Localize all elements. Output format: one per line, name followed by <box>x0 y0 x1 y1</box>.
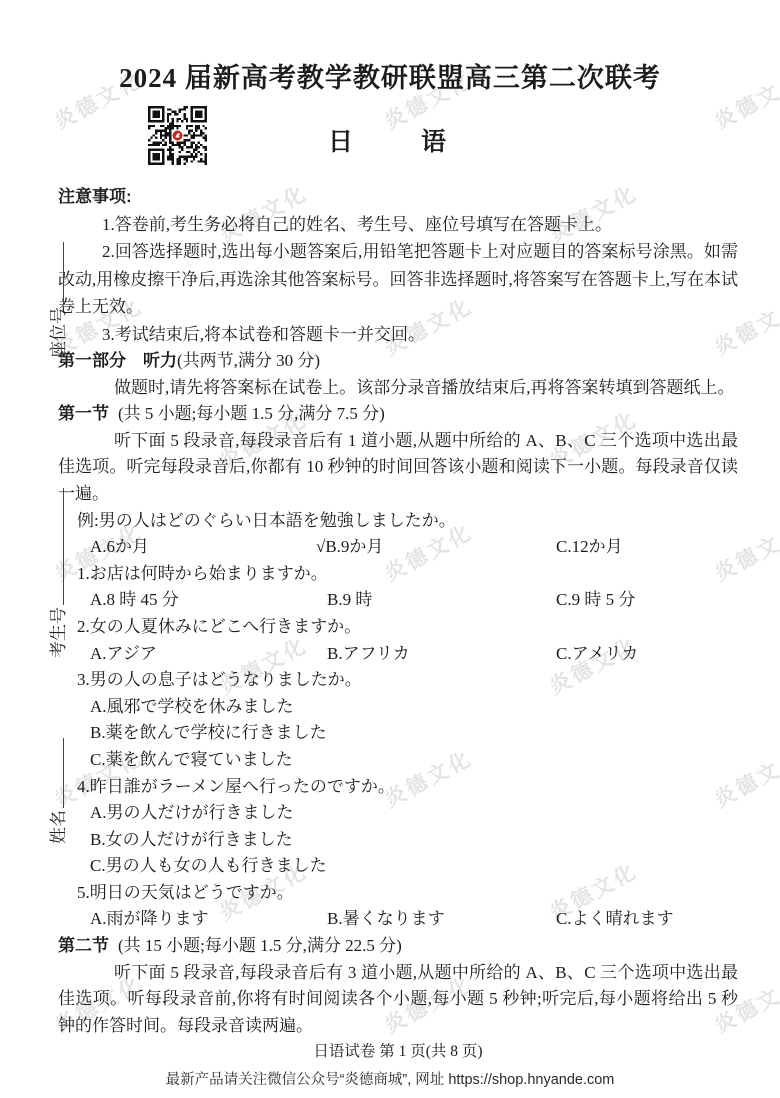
section2-heading: 第二节(共 15 小题;每小题 1.5 分,满分 22.5 分) <box>58 933 738 960</box>
section1-meta: (共 5 小题;每小题 1.5 分,满分 7.5 分) <box>118 404 385 423</box>
question-2-option-b: B.アフリカ <box>327 641 556 668</box>
notice-item-2: 2.回答选择题时,选出每小题答案后,用铅笔把答题卡上对应题目的答案标号涂黑。如需… <box>58 238 738 321</box>
question-5-option-a: A.雨が降ります <box>90 906 327 933</box>
subject-title: 日 语 <box>0 122 780 158</box>
question-1-option-c: C.9 時 5 分 <box>556 587 738 614</box>
candidate-number-blank-line <box>49 488 64 605</box>
question-3-option-a: A.風邪で学校を休みました <box>58 694 738 721</box>
question-3-option-c: C.薬を飲んで寝ていました <box>58 747 738 774</box>
section2-label: 第二节 <box>58 936 109 955</box>
notice-heading: 注意事项: <box>58 183 738 211</box>
question-3-option-b: B.薬を飲んで学校に行きました <box>58 720 738 747</box>
section2-instructions: 听下面 5 段录音,每段录音后有 3 道小题,从题中所给的 A、B、C 三个选项… <box>58 960 738 1040</box>
question-4-text: 4.昨日誰がラーメン屋へ行ったのですか。 <box>58 774 738 801</box>
question-5-options: A.雨が降ります B.暑くなります C.よく晴れます <box>58 906 738 933</box>
section1-heading: 第一节(共 5 小题;每小题 1.5 分,满分 7.5 分) <box>58 401 738 428</box>
candidate-number-field: 考生号 <box>44 488 66 658</box>
question-4-option-c: C.男の人も女の人も行きました <box>58 853 738 880</box>
question-2-option-a: A.アジア <box>90 641 327 668</box>
name-label: 姓名 <box>44 810 69 844</box>
name-blank-line <box>49 738 64 808</box>
candidate-number-label: 考生号 <box>44 607 69 658</box>
seat-number-field: 座位号 <box>44 242 66 358</box>
promo-footer: 最新产品请关注微信公众号“炎德商城”, 网址 https://shop.hnya… <box>0 1068 780 1089</box>
section1-instructions: 听下面 5 段录音,每段录音后有 1 道小题,从题中所给的 A、B、C 三个选项… <box>58 428 738 508</box>
question-3-text: 3.男の人の息子はどうなりましたか。 <box>58 667 738 694</box>
part1-title: 第一部分 听力 <box>58 351 177 370</box>
part1-title-meta: (共两节,满分 30 分) <box>177 351 320 370</box>
section1-label: 第一节 <box>58 404 109 423</box>
question-5-text: 5.明日の天気はどうですか。 <box>58 880 738 907</box>
question-5-option-c: C.よく晴れます <box>556 906 738 933</box>
exam-body: 注意事项: 1.答卷前,考生务必将自己的姓名、考生号、座位号填写在答题卡上。 2… <box>58 183 738 1066</box>
example-options: A.6か月 √B.9か月 C.12か月 <box>58 534 738 561</box>
example-option-b-checked: √B.9か月 <box>316 534 556 561</box>
question-5-option-b: B.暑くなります <box>327 906 556 933</box>
question-1-option-b: B.9 時 <box>327 587 556 614</box>
notice-section: 注意事项: 1.答卷前,考生务必将自己的姓名、考生号、座位号填写在答题卡上。 2… <box>58 183 738 348</box>
question-1-options: A.8 時 45 分 B.9 時 C.9 時 5 分 <box>58 587 738 614</box>
page-number-footer: 日语试卷 第 1 页(共 8 页) <box>58 1039 738 1066</box>
example-option-c: C.12か月 <box>556 534 738 561</box>
example-option-a: A.6か月 <box>90 534 327 561</box>
exam-page: 炎德文化炎德文化炎德文化炎德文化炎德文化炎德文化炎德文化炎德文化炎德文化炎德文化… <box>0 0 780 1098</box>
question-2-option-c: C.アメリカ <box>556 641 738 668</box>
question-2-text: 2.女の人夏休みにどこへ行きますか。 <box>58 614 738 641</box>
question-4-option-b: B.女の人だけが行きました <box>58 827 738 854</box>
page-header: 2024 届新高考教学教研联盟高三第二次联考 日 语 <box>0 0 780 183</box>
part1-heading: 第一部分 听力(共两节,满分 30 分) <box>58 348 738 375</box>
question-1-option-a: A.8 時 45 分 <box>90 587 327 614</box>
notice-item-3: 3.考试结束后,将本试卷和答题卡一并交回。 <box>58 321 738 349</box>
seat-number-blank-line <box>49 242 64 305</box>
notice-item-1: 1.答卷前,考生务必将自己的姓名、考生号、座位号填写在答题卡上。 <box>58 211 738 239</box>
question-2-options: A.アジア B.アフリカ C.アメリカ <box>58 641 738 668</box>
example-question-text: 例:男の人はどのぐらい日本語を勉強しましたか。 <box>58 508 738 535</box>
part1-intro: 做题时,请先将答案标在试卷上。该部分录音播放结束后,再将答案转填到答题纸上。 <box>58 375 738 402</box>
name-field: 姓名 <box>44 738 66 844</box>
seat-number-label: 座位号 <box>44 307 69 358</box>
exam-title: 2024 届新高考教学教研联盟高三第二次联考 <box>0 0 780 95</box>
question-4-option-a: A.男の人だけが行きました <box>58 800 738 827</box>
question-1-text: 1.お店は何時から始まりますか。 <box>58 561 738 588</box>
section2-meta: (共 15 小题;每小题 1.5 分,满分 22.5 分) <box>118 936 402 955</box>
